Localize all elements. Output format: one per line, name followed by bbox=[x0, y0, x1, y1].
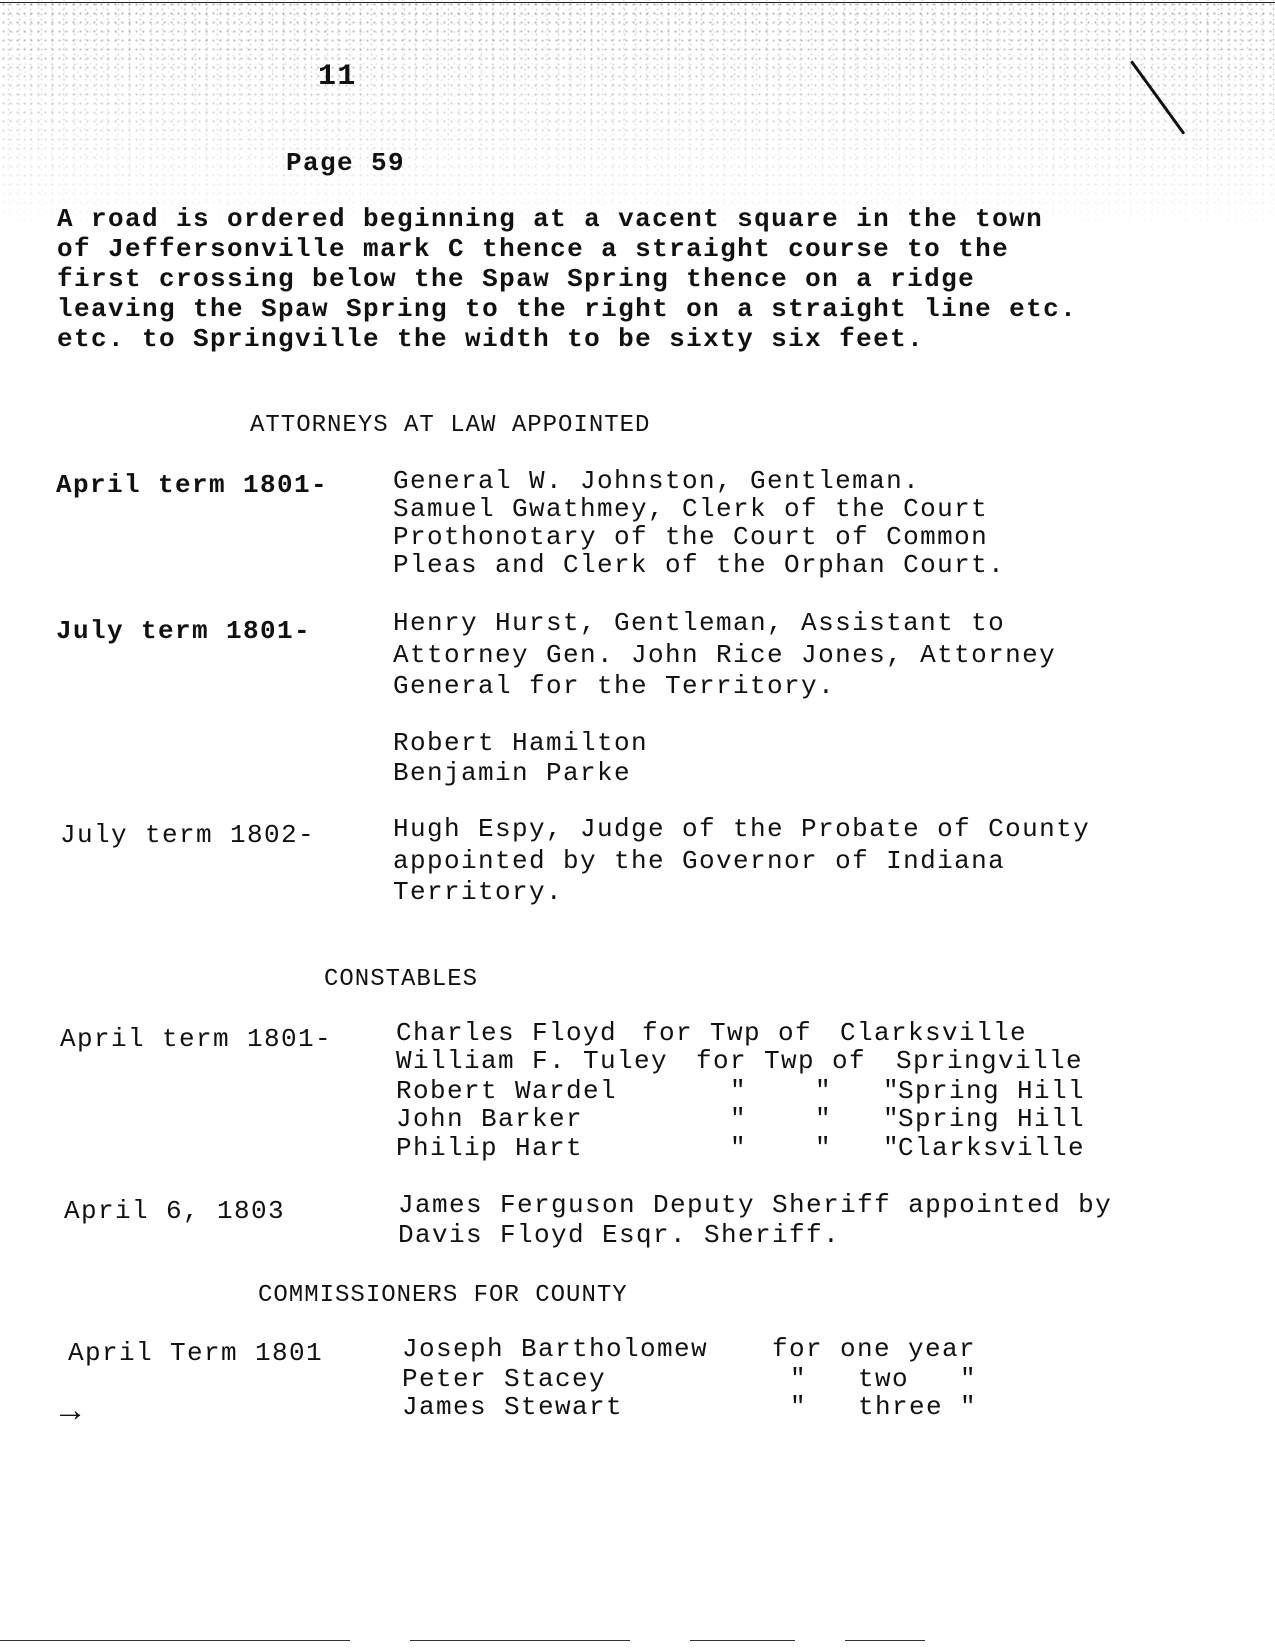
constable-name: William F. Tuley bbox=[396, 1046, 668, 1077]
entry-line: appointed by the Governor of Indiana bbox=[393, 846, 1005, 877]
constable-ditto: for Twp of bbox=[696, 1046, 866, 1077]
entry-date: April Term 1801 bbox=[68, 1338, 323, 1369]
top-edge-rule bbox=[0, 2, 1275, 3]
entry-line: Territory. bbox=[393, 877, 563, 908]
section-heading: ATTORNEYS AT LAW APPOINTED bbox=[250, 410, 650, 441]
page-reference: Page 59 bbox=[286, 148, 405, 179]
constable-place: Clarksville bbox=[840, 1018, 1027, 1049]
entry-date: April 6, 1803 bbox=[64, 1196, 285, 1227]
section-heading: CONSTABLES bbox=[324, 964, 478, 995]
entry-line: Attorney Gen. John Rice Jones, Attorney bbox=[393, 640, 1056, 671]
commissioner-name: Joseph Bartholomew bbox=[402, 1334, 708, 1365]
bottom-rule bbox=[0, 1640, 350, 1641]
constable-name: John Barker bbox=[396, 1104, 583, 1135]
section-heading: COMMISSIONERS FOR COUNTY bbox=[258, 1280, 628, 1311]
bottom-rule bbox=[690, 1640, 795, 1641]
commissioner-name: James Stewart bbox=[402, 1392, 623, 1423]
entry-line: Samuel Gwathmey, Clerk of the Court bbox=[393, 494, 988, 525]
road-line: A road is ordered beginning at a vacent … bbox=[57, 204, 1043, 235]
entry-date: July term 1802- bbox=[60, 820, 315, 851]
commissioner-name: Peter Stacey bbox=[402, 1364, 606, 1395]
arrow-icon: → bbox=[60, 1396, 80, 1430]
commissioner-term: for one year bbox=[772, 1334, 976, 1365]
constable-name: Philip Hart bbox=[396, 1133, 583, 1164]
constable-place: Springville bbox=[896, 1046, 1083, 1077]
page-number: 11 bbox=[318, 62, 357, 93]
entry-date: April term 1801- bbox=[56, 470, 328, 501]
entry-line: Pleas and Clerk of the Orphan Court. bbox=[393, 550, 1005, 581]
pen-mark bbox=[1130, 60, 1185, 135]
entry-date: April term 1801- bbox=[60, 1024, 332, 1055]
road-line: etc. to Springville the width to be sixt… bbox=[57, 324, 924, 355]
road-line: first crossing below the Spaw Spring the… bbox=[57, 264, 975, 295]
bottom-rule bbox=[845, 1640, 925, 1641]
commissioner-term: " three " bbox=[790, 1392, 977, 1423]
constable-ditto: " " " bbox=[730, 1133, 900, 1164]
constable-place: Spring Hill bbox=[898, 1104, 1085, 1135]
constable-name: Robert Wardel bbox=[396, 1076, 617, 1107]
commissioner-term: " two " bbox=[790, 1364, 977, 1395]
entry-date: July term 1801- bbox=[56, 616, 311, 647]
constable-name: Charles Floyd bbox=[396, 1018, 617, 1049]
bottom-rule bbox=[410, 1640, 630, 1641]
entry-line: Prothonotary of the Court of Common bbox=[393, 522, 988, 553]
entry-line: James Ferguson Deputy Sheriff appointed … bbox=[398, 1190, 1112, 1221]
entry-line: General W. Johnston, Gentleman. bbox=[393, 466, 920, 497]
entry-line: General for the Territory. bbox=[393, 671, 835, 702]
entry-line: Robert Hamilton bbox=[393, 728, 648, 759]
road-line: leaving the Spaw Spring to the right on … bbox=[57, 294, 1077, 325]
entry-line: Davis Floyd Esqr. Sheriff. bbox=[398, 1220, 840, 1251]
constable-ditto: " " " bbox=[730, 1104, 900, 1135]
road-line: of Jeffersonville mark C thence a straig… bbox=[57, 234, 1009, 265]
constable-place: Spring Hill bbox=[898, 1076, 1085, 1107]
constable-ditto: " " " bbox=[730, 1076, 900, 1107]
entry-line: Henry Hurst, Gentleman, Assistant to bbox=[393, 608, 1005, 639]
constable-ditto: for Twp of bbox=[642, 1018, 812, 1049]
constable-place: Clarksville bbox=[898, 1133, 1085, 1164]
entry-line: Benjamin Parke bbox=[393, 758, 631, 789]
entry-line: Hugh Espy, Judge of the Probate of Count… bbox=[393, 814, 1090, 845]
